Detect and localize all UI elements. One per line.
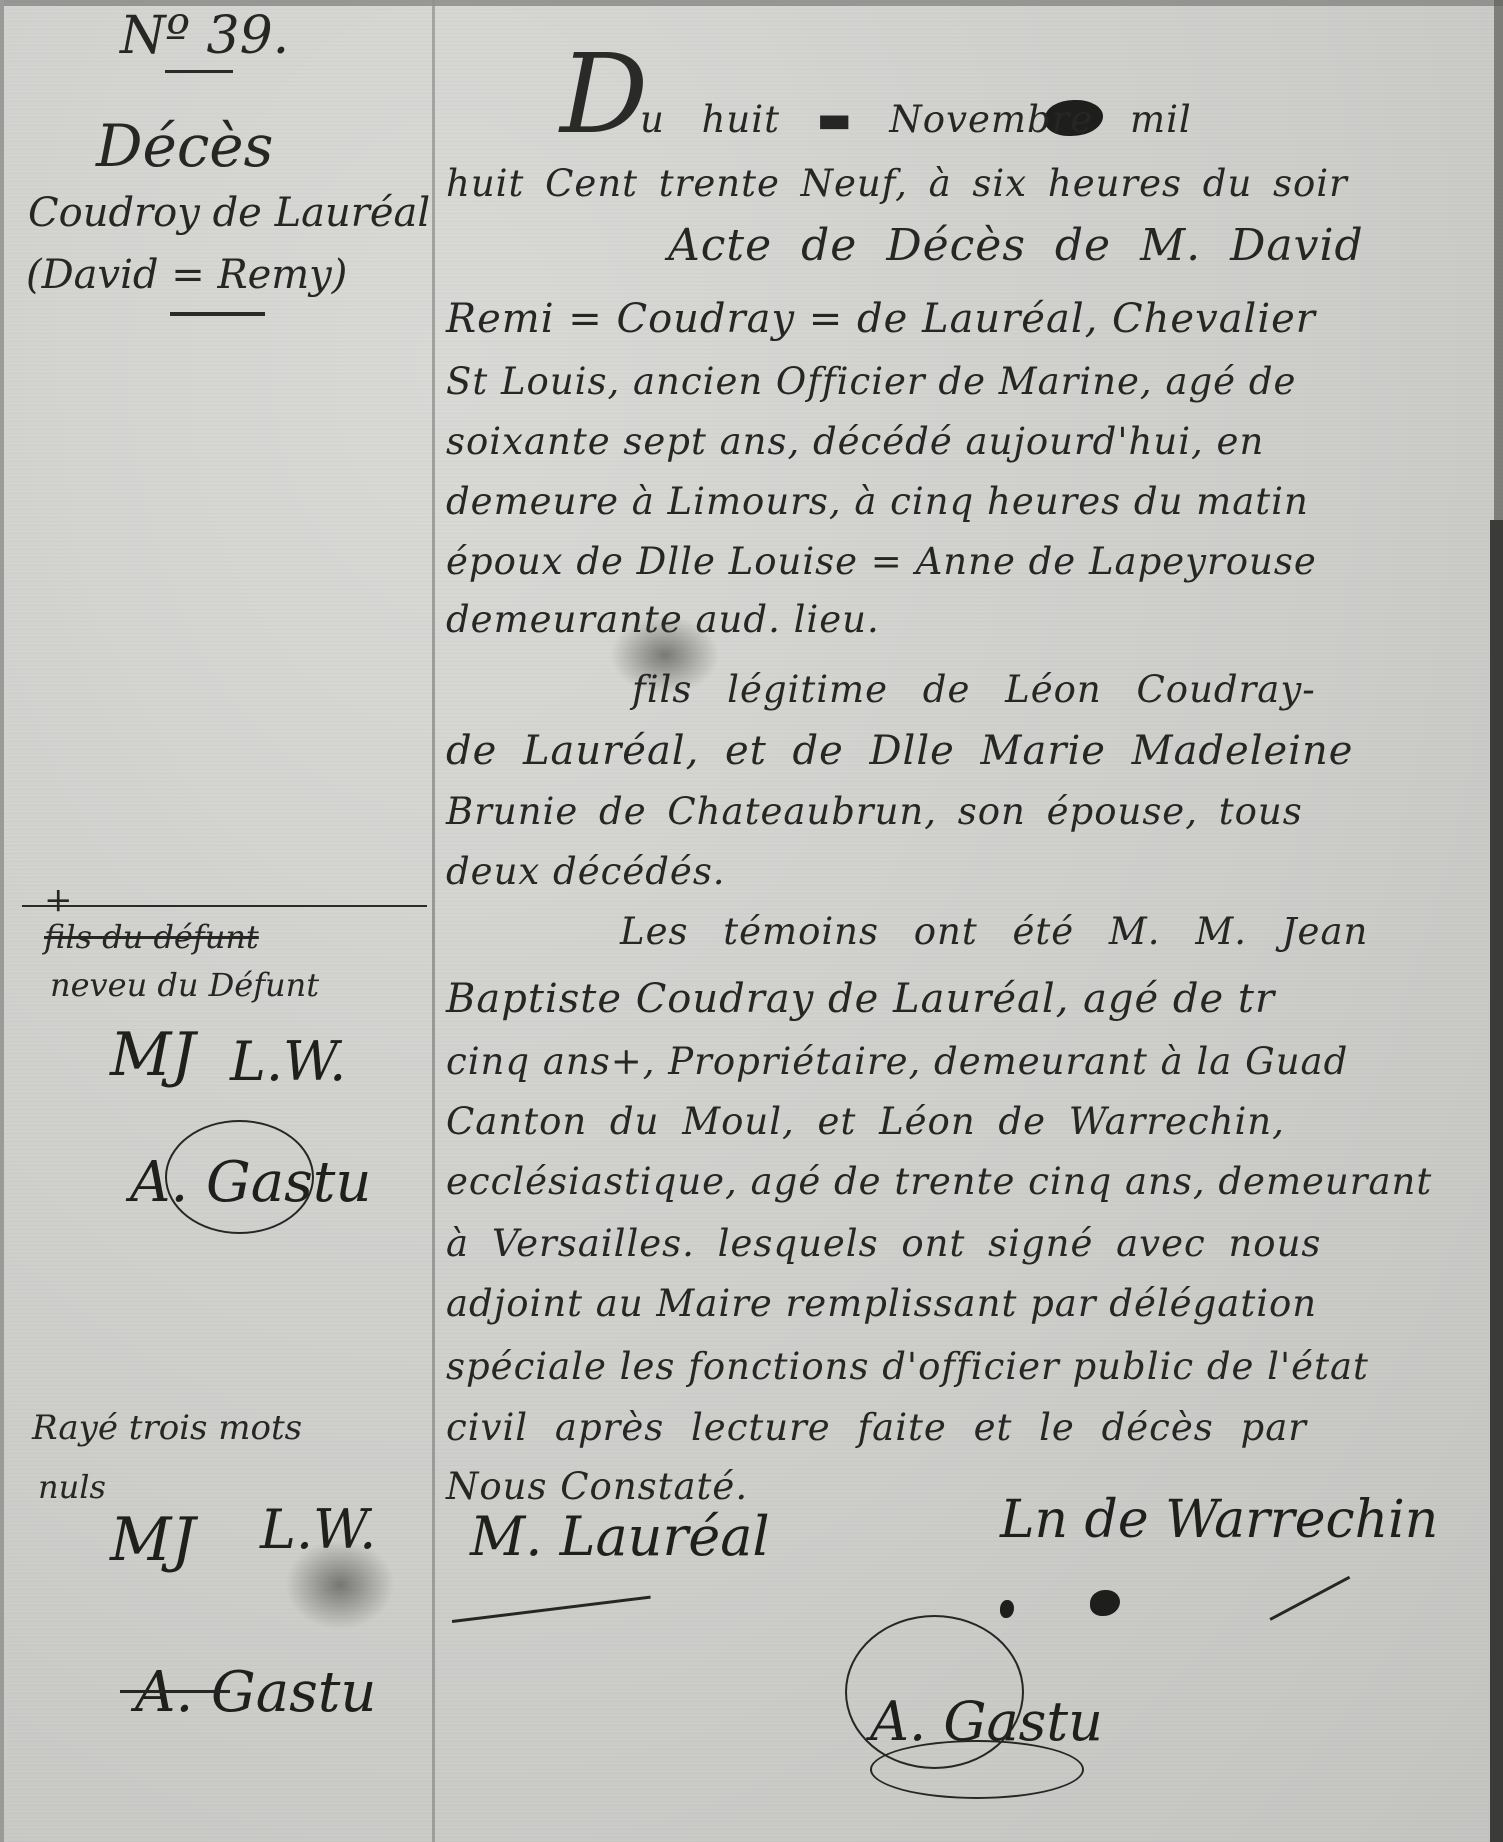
signature-witness-1: M. Lauréal bbox=[470, 1505, 770, 1568]
margin-note2-line1: Rayé trois mots bbox=[32, 1408, 302, 1448]
body-line-7: demeure à Limours, à cinq heures du mati… bbox=[446, 480, 1309, 523]
margin-note-separator bbox=[22, 905, 427, 907]
margin-note2-line2: nuls bbox=[38, 1468, 106, 1506]
body-line-13: deux décédés. bbox=[446, 850, 726, 893]
body-line-1: u huit ▬ Novembre mil bbox=[640, 98, 1192, 141]
body-line-4: Remi = Coudray = de Lauréal, Chevalier bbox=[446, 296, 1316, 342]
page-left-edge bbox=[0, 0, 4, 1842]
body-line-18: ecclésiastique, agé de trente cinq ans, … bbox=[446, 1160, 1432, 1203]
body-line-22: civil après lecture faite et le décès pa… bbox=[446, 1406, 1307, 1449]
margin-surname: Coudroy de Lauréal bbox=[28, 190, 430, 236]
given-names-underline bbox=[170, 312, 265, 316]
margin-note-struck-text: fils du défunt bbox=[44, 918, 259, 956]
margin-initials-1b: L.W. bbox=[230, 1030, 346, 1093]
entry-number-underline bbox=[165, 70, 233, 73]
body-line-12: Brunie de Chateaubrun, son épouse, tous bbox=[446, 790, 1303, 833]
signature-officer-underflourish bbox=[870, 1740, 1084, 1799]
body-line-3: Acte de Décès de M. David bbox=[668, 220, 1364, 271]
body-line-16: cinq ans+, Propriétaire, demeurant à la … bbox=[446, 1040, 1348, 1083]
margin-note-marker: + bbox=[44, 880, 73, 920]
body-line-19: à Versailles. lesquels ont signé avec no… bbox=[446, 1222, 1321, 1265]
signature-witness-2: Ln de Warrechin bbox=[1000, 1490, 1438, 1550]
margin-title: Décès bbox=[96, 112, 273, 180]
body-line-15: Baptiste Coudray de Lauréal, agé de tr bbox=[446, 976, 1275, 1022]
body-line-20: adjoint au Maire remplissant par délégat… bbox=[446, 1282, 1317, 1325]
drop-cap: D bbox=[560, 30, 648, 158]
margin-given-names: (David = Remy) bbox=[26, 252, 347, 298]
page-binding-edge bbox=[1490, 520, 1503, 1842]
body-line-17: Canton du Moul, et Léon de Warrechin, bbox=[446, 1100, 1285, 1143]
body-line-10: fils légitime de Léon Coudray- bbox=[632, 668, 1316, 711]
entry-number: Nº 39. bbox=[120, 6, 289, 66]
body-line-14: Les témoins ont été M. M. Jean bbox=[620, 910, 1368, 953]
signature-flourish bbox=[165, 1120, 314, 1234]
margin-signature-2: A. Gastu bbox=[135, 1660, 376, 1725]
margin-initials-1a: MJ bbox=[110, 1020, 196, 1090]
signature-stroke bbox=[120, 1690, 230, 1693]
margin-note-text: neveu du Défunt bbox=[50, 966, 319, 1004]
body-line-8: époux de Dlle Louise = Anne de Lapeyrous… bbox=[446, 540, 1317, 583]
body-line-23: Nous Constaté. bbox=[446, 1465, 748, 1508]
margin-divider-line bbox=[432, 0, 435, 1842]
body-line-21: spéciale les fonctions d'officier public… bbox=[446, 1345, 1369, 1388]
margin-initials-2a: MJ bbox=[110, 1505, 196, 1575]
page-binding-edge-top bbox=[1494, 0, 1503, 520]
body-line-11: de Lauréal, et de Dlle Marie Madeleine bbox=[446, 728, 1353, 774]
body-line-5: St Louis, ancien Officier de Marine, agé… bbox=[446, 360, 1296, 403]
body-line-2: huit Cent trente Neuf, à six heures du s… bbox=[446, 162, 1348, 205]
ink-smudge bbox=[285, 1540, 395, 1630]
body-line-6: soixante sept ans, décédé aujourd'hui, e… bbox=[446, 420, 1264, 463]
